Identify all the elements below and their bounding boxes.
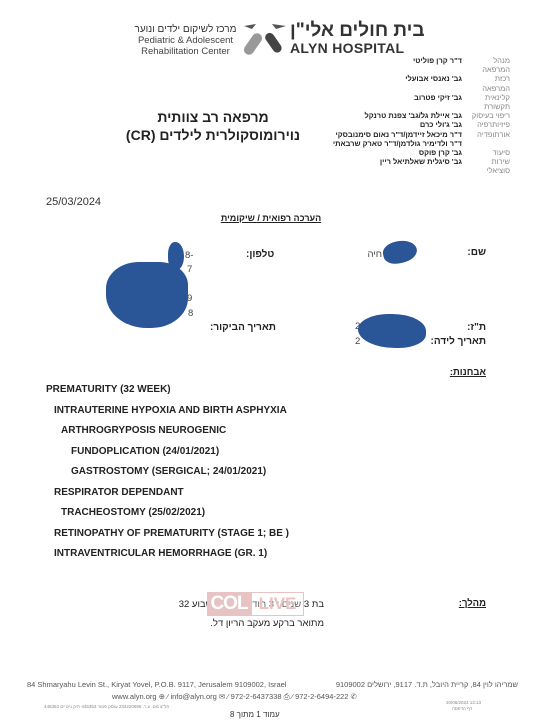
diagnoses-list: PREMATURITY (32 WEEK)INTRAUTERINE HYPOXI…: [46, 384, 289, 569]
footer-address-en: 84 Shmaryahu Levin St., Kiryat Yovel, P.…: [27, 680, 286, 689]
staff-name: ד"ר קרן פוליטי: [413, 56, 462, 65]
staff-role: [462, 139, 510, 148]
staff-row: רכזתגב' נאנסי אבועלי: [280, 74, 510, 83]
diagnosis-item: INTRAUTERINE HYPOXIA AND BIRTH ASPHYXIA: [46, 405, 289, 426]
staff-name: ד"ר מיכאל זיידמן/ד"ר נאום סימנובסקי: [336, 130, 463, 139]
name-value: חיה: [367, 249, 382, 260]
birth-date-value: 2: [355, 336, 360, 347]
footer-phone: 972-2-6494-222: [295, 692, 348, 701]
staff-name: גב' סיגלית שאלתיאל ריין: [380, 157, 462, 166]
document-subject: הערכה רפואית / שיקומית: [0, 213, 542, 223]
clinic-title-line1: מרפאה רב צוותית: [118, 108, 308, 126]
staff-row: פיזיותרפיהגב' ג'ולי כרם: [280, 120, 510, 129]
phone-value-1: 8-: [185, 250, 193, 261]
center-name-en-2: Rehabilitation Center: [128, 46, 243, 57]
watermark-col: COL: [207, 592, 251, 616]
diagnosis-item: RESPIRATOR DEPENDANT: [46, 487, 289, 508]
phone-value-2: 7: [187, 264, 192, 275]
hospital-name-he: בית חולים אלי"ן: [290, 20, 425, 42]
redaction-mark: [381, 238, 419, 267]
staff-list: מנהלד"ר קרן פוליטיהמרפאהרכזתגב' נאנסי אב…: [280, 56, 510, 176]
diagnoses-label: אבחנות:: [450, 367, 486, 378]
phone-label: טלפון:: [246, 249, 274, 260]
course-label: מהלך:: [459, 598, 486, 609]
diagnosis-item: PREMATURITY (32 WEEK): [46, 384, 289, 405]
staff-role: המרפאה: [462, 65, 510, 74]
diagnosis-item: FUNDOPLICATION (24/01/2021): [46, 446, 289, 467]
staff-row: המרפאה: [280, 84, 510, 93]
staff-role: רכזת: [462, 74, 510, 83]
clinic-title-line2: נוירומוסקולרית לילדים (CR): [118, 126, 308, 144]
watermark-live: LIVE: [251, 592, 304, 616]
staff-role: סיעוד: [462, 148, 510, 157]
redaction-mark: [106, 262, 188, 328]
staff-name: גב' נאנסי אבועלי: [405, 74, 462, 83]
alyn-logo-icon: [242, 22, 288, 56]
footer-fax: 972-2-6437338: [231, 692, 282, 701]
page-indicator: עמוד 1 מתוך 8: [230, 710, 280, 719]
clinic-title: מרפאה רב צוותית נוירומוסקולרית לילדים (C…: [118, 108, 308, 144]
staff-role: מנהל: [462, 56, 510, 65]
staff-name: גב' ג'ולי כרם: [420, 120, 462, 129]
staff-row: ריפוי בעיסוקגב' איילת גל/גב' צפנת טרנקל: [280, 111, 510, 120]
staff-row: המרפאה: [280, 65, 510, 74]
fax-icon: ⎙: [284, 692, 290, 701]
hospital-name-en: ALYN HOSPITAL: [290, 40, 404, 56]
id-label: ת"ז:: [467, 322, 486, 333]
phone-icon: ✆: [351, 692, 357, 701]
center-name-block: מרכז לשיקום ילדים ונוער Pediatric & Adol…: [128, 24, 243, 57]
diagnosis-item: GASTROSTOMY (SERGICAL; 24/01/2021): [46, 466, 289, 487]
staff-role: פיזיותרפיה: [462, 120, 510, 129]
staff-name: גב' איילת גל/גב' צפנת טרנקל: [365, 111, 463, 120]
staff-row: אורתופדיהד"ר מיכאל זיידמן/ד"ר נאום סימנו…: [280, 130, 510, 139]
document-date: 25/03/2024: [46, 196, 101, 208]
visit-date-label: תאריך הביקור:: [210, 322, 276, 333]
staff-role: שירות: [462, 157, 510, 166]
staff-role: סוציאלי: [462, 166, 510, 175]
staff-row: ד"ר ולדימיר גולדמן/ד"ר טארק שרבאתי: [280, 139, 510, 148]
staff-name: גב' זיקי פטרוב: [414, 93, 462, 102]
diagnosis-item: INTRAVENTRICULAR HEMORRHAGE (GR. 1): [46, 548, 289, 569]
staff-role: קלינאית: [462, 93, 510, 102]
staff-role: המרפאה: [462, 84, 510, 93]
course-line-2: מתואר ברקע מעקב הריון דל.: [210, 618, 324, 629]
diagnosis-item: TRACHEOSTOMY (25/02/2021): [46, 507, 289, 528]
envelope-icon: ✉: [219, 692, 225, 701]
footer-email[interactable]: info@alyn.org: [170, 692, 216, 701]
footer-small-print: חל"צ מס. ע.ר. 234220696 עוסק פטור 445353…: [44, 704, 169, 709]
diagnosis-item: RETINOPATHY OF PREMATURITY (STAGE 1; BE …: [46, 528, 289, 549]
staff-row: מנהלד"ר קרן פוליטי: [280, 56, 510, 65]
footer-address-he: שמריהו לוין 84, קריית היובל, ת.ד. 9117, …: [336, 680, 518, 689]
footer-contacts: www.alyn.org ⊕ ⁄ info@alyn.org ✉ ⁄ 972-2…: [112, 692, 357, 702]
diagnosis-item: ARTHROGRYPOSIS NEUROGENIC: [46, 425, 289, 446]
staff-row: שירותגב' סיגלית שאלתיאל ריין: [280, 157, 510, 166]
staff-row: סיעודגב' קרן פוקס: [280, 148, 510, 157]
staff-name: ד"ר ולדימיר גולדמן/ד"ר טארק שרבאתי: [333, 139, 462, 148]
staff-role: ריפוי בעיסוק: [462, 111, 510, 120]
center-name-en-1: Pediatric & Adolescent: [128, 35, 243, 46]
name-label: שם:: [467, 247, 486, 258]
globe-icon: ⊕: [159, 692, 165, 701]
staff-role: אורתופדיה: [462, 130, 510, 139]
birth-date-label: תאריך לידה:: [431, 336, 486, 347]
staff-role: תקשורת: [462, 102, 510, 111]
redaction-mark: [358, 314, 426, 348]
redaction-mark: [168, 242, 184, 270]
staff-row: תקשורת: [280, 102, 510, 111]
print-user: דף הדפסה: [452, 706, 472, 711]
center-name-he: מרכז לשיקום ילדים ונוער: [128, 24, 243, 35]
footer-website[interactable]: www.alyn.org: [112, 692, 157, 701]
print-timestamp: 20/06/2024 13:13: [446, 700, 481, 705]
phone-value-4: 8: [188, 308, 193, 319]
staff-row: סוציאלי: [280, 166, 510, 175]
staff-name: גב' קרן פוקס: [419, 148, 462, 157]
staff-row: קלינאיתגב' זיקי פטרוב: [280, 93, 510, 102]
watermark: COL LIVE: [207, 592, 302, 616]
